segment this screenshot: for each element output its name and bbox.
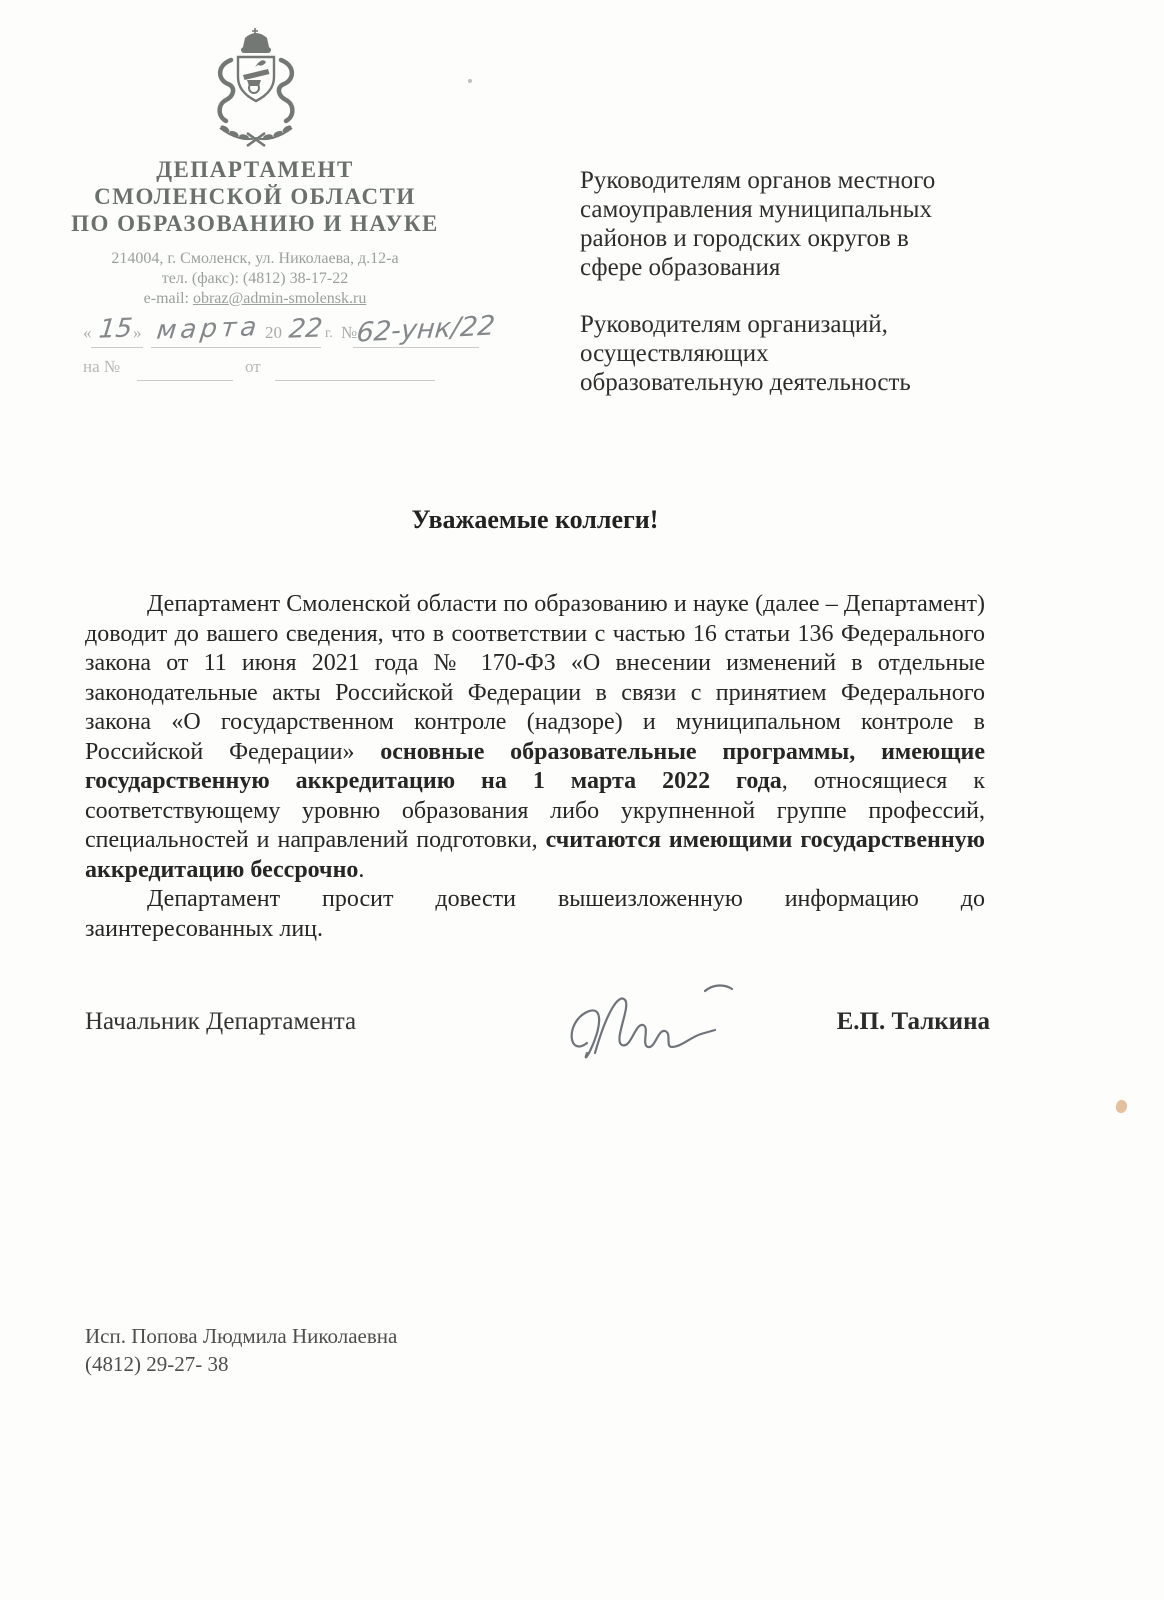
addressee-line: районов и городских округов в [580, 224, 965, 253]
addressee-line: осуществляющих [580, 339, 965, 368]
letter-body: Департамент Смоленской области по образо… [85, 590, 985, 944]
executor-block: Исп. Попова Людмила Николаевна (4812) 29… [85, 1322, 397, 1378]
email-label: e-mail: [144, 290, 193, 307]
org-address-street: 214004, г. Смоленск, ул. Николаева, д.12… [60, 249, 450, 269]
org-address: 214004, г. Смоленск, ул. Николаева, д.12… [60, 249, 450, 309]
org-email-line: e-mail: obraz@admin-smolensk.ru [60, 289, 450, 309]
salutation: Уважаемые коллеги! [85, 505, 985, 535]
ref-number-label: на № [83, 357, 120, 377]
blank-underline [91, 347, 143, 348]
addressee-line: самоуправления муниципальных [580, 195, 965, 224]
signer-name: Е.П. Талкина [700, 1008, 990, 1036]
org-email: obraz@admin-smolensk.ru [193, 290, 366, 307]
blank-underline [275, 380, 435, 381]
scan-speckle [468, 79, 472, 83]
ref-number-line: на № от [75, 357, 515, 389]
scan-speckle [1115, 1099, 1129, 1114]
executor-name: Исп. Попова Людмила Николаевна [85, 1322, 397, 1350]
body-paragraph-2: Департамент просит довести вышеизложенну… [85, 885, 985, 944]
handwritten-month: марта [155, 312, 262, 346]
handwritten-day: 15 [97, 313, 133, 344]
open-quote: « [83, 323, 92, 343]
org-name-line: ПО ОБРАЗОВАНИЮ И НАУКЕ [60, 210, 450, 237]
org-phone: тел. (факс): (4812) 38-17-22 [60, 269, 450, 289]
executor-phone: (4812) 29-27- 38 [85, 1350, 397, 1378]
addressee-line: Руководителям организаций, [580, 310, 965, 339]
ref-from-label: от [245, 357, 261, 377]
addressee-block-1: Руководителям органов местного самоуправ… [580, 166, 965, 282]
handwritten-number: 62-унк/22 [355, 310, 496, 348]
scanned-letter-page: ДЕПАРТАМЕНТ СМОЛЕНСКОЙ ОБЛАСТИ ПО ОБРАЗО… [0, 0, 1164, 1600]
year-suffix: г. [325, 326, 333, 342]
org-name-line: СМОЛЕНСКОЙ ОБЛАСТИ [60, 183, 450, 210]
org-name-line: ДЕПАРТАМЕНТ [60, 156, 450, 183]
close-quote: » [133, 323, 142, 343]
handwritten-year: 22 [287, 313, 323, 344]
blank-underline [137, 380, 233, 381]
doc-date-number-line: « 15 » марта 20 22 г. № 62-унк/22 [75, 316, 515, 360]
addressee-line: образовательную деятельность [580, 368, 965, 397]
blank-underline [353, 347, 479, 348]
signer-position: Начальник Департамента [85, 1008, 356, 1036]
org-name: ДЕПАРТАМЕНТ СМОЛЕНСКОЙ ОБЛАСТИ ПО ОБРАЗО… [60, 156, 450, 237]
number-label: № [341, 323, 357, 343]
year-prefix: 20 [265, 323, 282, 343]
body-text-segment: . [358, 857, 364, 883]
body-paragraph-1: Департамент Смоленской области по образо… [85, 590, 985, 885]
smolensk-coat-of-arms-icon [198, 26, 314, 150]
blank-underline [285, 347, 321, 348]
addressee-line: сфере образования [580, 253, 965, 282]
addressee-line: Руководителям органов местного [580, 166, 965, 195]
addressee-block-2: Руководителям организаций, осуществляющи… [580, 310, 965, 397]
